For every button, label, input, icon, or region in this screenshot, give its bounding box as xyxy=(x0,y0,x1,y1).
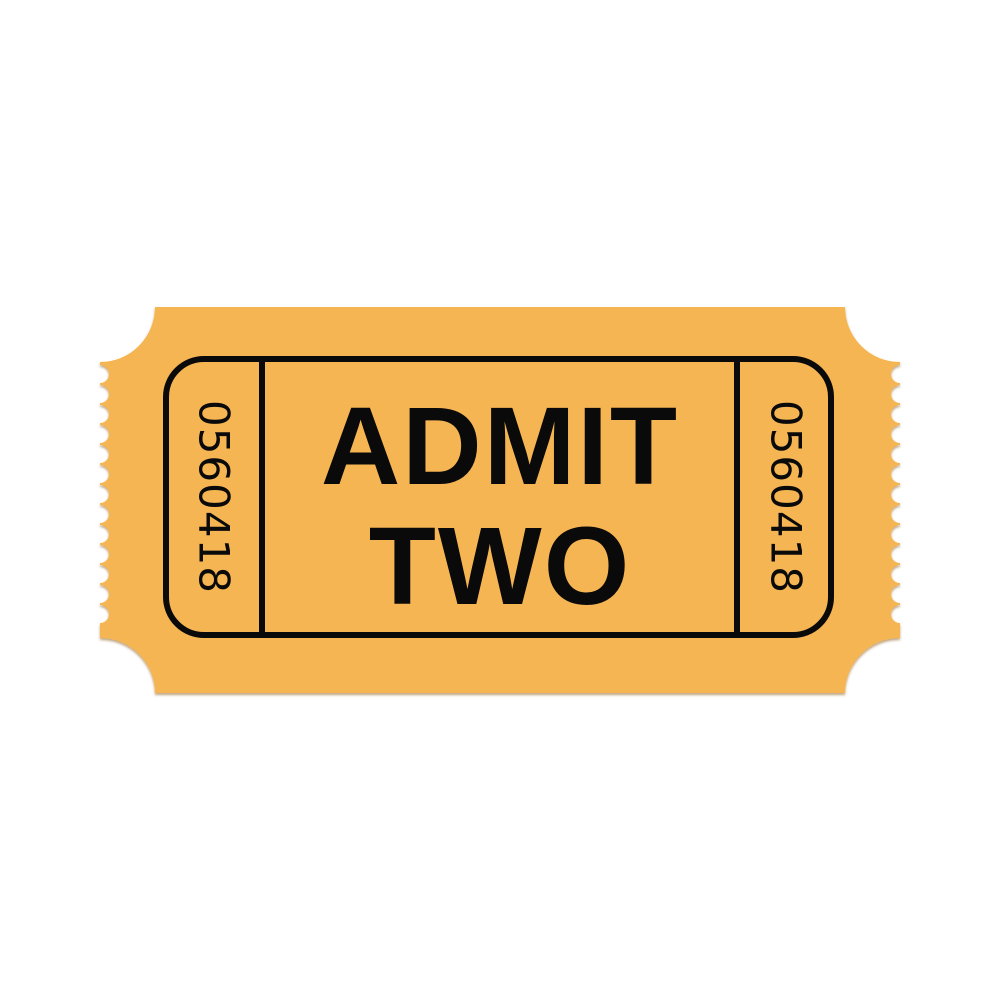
headline-admit: ADMIT xyxy=(268,392,732,502)
serial-number-right: 0560418 xyxy=(762,400,811,594)
ticket-canvas: 0560418 ADMIT TWO 0560418 xyxy=(0,0,1000,1000)
serial-number-left: 0560418 xyxy=(190,400,239,594)
headline-count: TWO xyxy=(268,512,732,622)
